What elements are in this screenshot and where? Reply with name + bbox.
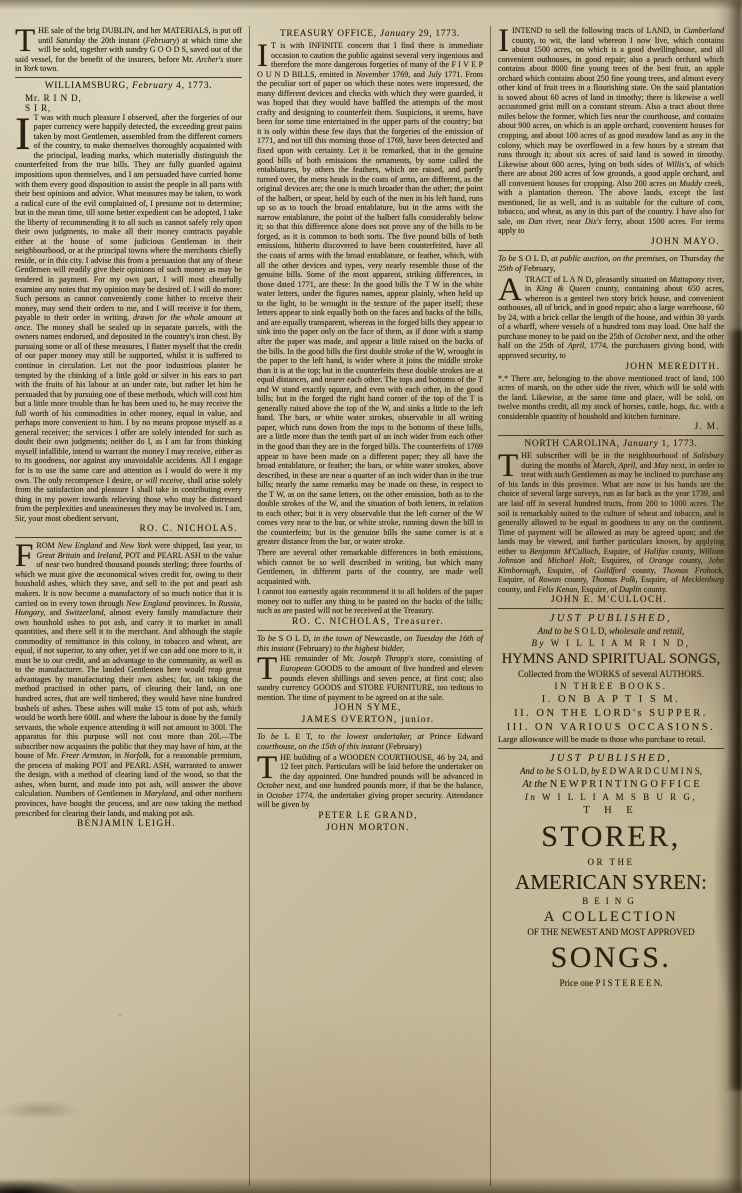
article-divider-rule (15, 77, 242, 78)
north-carolina-lands-ad-dateline: NORTH CAROLINA, January 1, 1773. (498, 439, 724, 449)
the-storer-american-syren-ad: JUST PUBLISHED,And to be S O L D, by E D… (498, 752, 724, 989)
nicholas-letter-on-counterfeits-para: IT was with much pleasure I observed, af… (15, 113, 242, 524)
page-top-edge-shadow (0, 0, 742, 10)
brig-dublin-sale-notice-para: THE sale of the brig DUBLIN, and her MAT… (15, 26, 242, 74)
article-divider-rule (257, 630, 483, 631)
news-column-middle: TREASURY OFFICE, January 29, 1773.IT is … (249, 26, 490, 1186)
john-mayo-land-sale-ad-sig: JOHN MAYO. (498, 237, 720, 247)
hymns-and-spiritual-songs-ad-display: By W I L L I A M R I N D, (498, 638, 724, 649)
paragraph-text: T is with INFINITE concern that I find t… (257, 41, 483, 546)
article-divider-rule (498, 748, 724, 749)
the-storer-american-syren-ad-display: BEING (498, 896, 724, 907)
prince-edward-courthouse-ad-para: THE building of a WOODEN COURTHOUSE, 46 … (257, 753, 483, 810)
thropp-store-sale-ad-para: THE remainder of Mr. Joseph Thropp's sto… (257, 654, 483, 702)
hymns-and-spiritual-songs-ad-display: And to be S O L D, wholesale and retail, (498, 626, 724, 637)
paragraph-text: ROM New England and New York were shippe… (15, 541, 242, 817)
john-mayo-land-sale-ad: IINTEND to sell the following tracts of … (498, 26, 724, 247)
paragraph-text: HE subscriber will be in the neighbourho… (498, 451, 724, 594)
the-storer-american-syren-ad-display: And to be S O L D, by E D W A R D C U M … (498, 766, 724, 777)
prince-edward-courthouse-ad-sig: JOHN MORTON. (257, 823, 479, 833)
treasury-office-counterfeit-warning-dateline: TREASURY OFFICE, January 29, 1773. (257, 29, 483, 39)
paragraph-text: HE remainder of Mr. Joseph Thropp's stor… (257, 654, 483, 701)
nicholas-letter-on-counterfeits-sig: RO. C. NICHOLAS. (15, 524, 238, 534)
drop-cap: T (498, 453, 518, 479)
news-column-left: THE sale of the brig DUBLIN, and her MAT… (8, 26, 249, 1186)
drop-cap: I (15, 115, 31, 153)
prince-edward-courthouse-ad-sig: PETER LE GRAND, (257, 811, 479, 821)
the-storer-american-syren-ad-display: A COLLECTION (498, 908, 724, 926)
thropp-store-sale-ad-head-italic: To be S O L D, in the town of Newcastle,… (257, 634, 483, 654)
nicholas-letter-on-counterfeits-dateline: WILLIAMSBURG, February 4, 1773. (15, 81, 242, 91)
hymns-and-spiritual-songs-ad-display: Large allowance will be made to those wh… (498, 735, 724, 745)
hymns-and-spiritual-songs-ad-display: IN THREE BOOKS. (498, 681, 724, 692)
thropp-store-sale-ad-sig: JAMES OVERTON, junior. (257, 715, 479, 725)
drop-cap: T (257, 656, 277, 682)
drop-cap: T (257, 755, 277, 781)
the-storer-american-syren-ad-display: At the N E W P R I N T I N G O F F I C E (498, 778, 724, 791)
meredith-mattapony-land-auction-ad-head-italic: To be S O L D, at public auction, on the… (498, 254, 724, 274)
pot-and-pearl-ash-article-sig: BENJAMIN LEIGH. (15, 819, 238, 829)
paragraph-text: TRACT of L A N D, pleasantly situated on… (498, 275, 724, 360)
drop-cap: F (15, 543, 33, 569)
meredith-mattapony-land-auction-ad-sig: JOHN MEREDITH. (498, 362, 720, 372)
prince-edward-courthouse-ad: To be L E T, to the lowest undertaker, a… (257, 732, 483, 833)
paragraph-text: HE building of a WOODEN COURTHOUSE, 46 b… (257, 753, 483, 810)
drop-cap: T (15, 28, 35, 54)
the-storer-american-syren-ad-display: AMERICAN SYREN: (498, 869, 724, 895)
newspaper-page: THE sale of the brig DUBLIN, and her MAT… (0, 0, 742, 1193)
pot-and-pearl-ash-article-para: FROM New England and New York were shipp… (15, 541, 242, 818)
the-storer-american-syren-ad-display: T H E (498, 804, 724, 817)
the-storer-american-syren-ad-display: JUST PUBLISHED, (498, 752, 724, 765)
north-carolina-lands-ad-para: THE subscriber will be in the neighbourh… (498, 451, 724, 594)
hymns-and-spiritual-songs-ad-display: III. ON VARIOUS OCCASIONS. (498, 721, 724, 734)
news-column-right: IINTEND to sell the following tracts of … (490, 26, 731, 1186)
the-storer-american-syren-ad-display: Price one P I S T E R E E N. (498, 978, 724, 989)
article-divider-rule (257, 728, 483, 729)
hymns-and-spiritual-songs-ad-display: I. ON B A P T I S M. (498, 693, 724, 706)
treasury-office-counterfeit-warning-sig: RO. C. NICHOLAS, Treasurer. (257, 617, 479, 627)
meredith-mattapony-land-auction-ad: To be S O L D, at public auction, on the… (498, 254, 724, 432)
thropp-store-sale-ad-sig: JOHN SYME, (257, 703, 479, 713)
drop-cap: A (498, 277, 522, 303)
nicholas-letter-on-counterfeits-line: Mr. R I N D, (25, 93, 242, 103)
article-divider-rule (498, 608, 724, 609)
article-divider-rule (15, 537, 242, 538)
article-divider-rule (498, 435, 724, 436)
john-mayo-land-sale-ad-para: IINTEND to sell the following tracts of … (498, 26, 724, 236)
hymns-and-spiritual-songs-ad-display: II. ON THE LORD's SUPPER. (498, 707, 724, 720)
prince-edward-courthouse-ad-head-italic: To be L E T, to the lowest undertaker, a… (257, 732, 483, 752)
the-storer-american-syren-ad-display: OF THE NEWEST AND MOST APPROVED (498, 927, 724, 938)
hymns-and-spiritual-songs-ad-display: HYMNS AND SPIRITUAL SONGS, (498, 650, 724, 668)
drop-cap: I (257, 43, 268, 69)
meredith-mattapony-land-auction-ad-para: *.* There are, belonging to the above me… (498, 374, 724, 422)
north-carolina-lands-ad-sig: JOHN E. M'CULLOCH. (498, 595, 720, 605)
treasury-office-counterfeit-warning-para: I cannot too earnestly again recommend i… (257, 587, 483, 616)
hymns-and-spiritual-songs-ad-display: JUST PUBLISHED, (498, 612, 724, 625)
paragraph-text: HE sale of the brig DUBLIN, and her MATE… (15, 26, 242, 73)
pot-and-pearl-ash-article: FROM New England and New York were shipp… (15, 541, 242, 829)
meredith-mattapony-land-auction-ad-para: ATRACT of L A N D, pleasantly situated o… (498, 275, 724, 361)
hymns-and-spiritual-songs-ad-display: Collected from the WORKS of several AUTH… (498, 669, 724, 680)
nicholas-letter-on-counterfeits-line: S I R, (25, 103, 242, 113)
treasury-office-counterfeit-warning: TREASURY OFFICE, January 29, 1773.IT is … (257, 29, 483, 627)
treasury-office-counterfeit-warning-para: IT is with INFINITE concern that I find … (257, 41, 483, 547)
nicholas-letter-on-counterfeits: WILLIAMSBURG, February 4, 1773.Mr. R I N… (15, 81, 242, 535)
treasury-office-counterfeit-warning-para: There are several other remarkable diffe… (257, 548, 483, 586)
the-storer-american-syren-ad-display: In W I L L I A M S B U R G, (498, 792, 724, 803)
the-storer-american-syren-ad-display: OR THE (498, 857, 724, 868)
brig-dublin-sale-notice: THE sale of the brig DUBLIN, and her MAT… (15, 26, 242, 74)
the-storer-american-syren-ad-display: STORER, (498, 818, 724, 856)
thropp-store-sale-ad: To be S O L D, in the town of Newcastle,… (257, 634, 483, 725)
newspaper-columns: THE sale of the brig DUBLIN, and her MAT… (8, 26, 732, 1186)
drop-cap: I (498, 28, 509, 54)
meredith-mattapony-land-auction-ad-sig: J. M. (498, 422, 720, 432)
paragraph-text: INTEND to sell the following tracts of L… (498, 26, 724, 235)
paragraph-text: T was with much pleasure I observed, aft… (15, 113, 242, 523)
north-carolina-lands-ad: NORTH CAROLINA, January 1, 1773.THE subs… (498, 439, 724, 605)
hymns-and-spiritual-songs-ad: JUST PUBLISHED,And to be S O L D, wholes… (498, 612, 724, 745)
the-storer-american-syren-ad-display: SONGS. (498, 939, 724, 977)
article-divider-rule (498, 250, 724, 251)
